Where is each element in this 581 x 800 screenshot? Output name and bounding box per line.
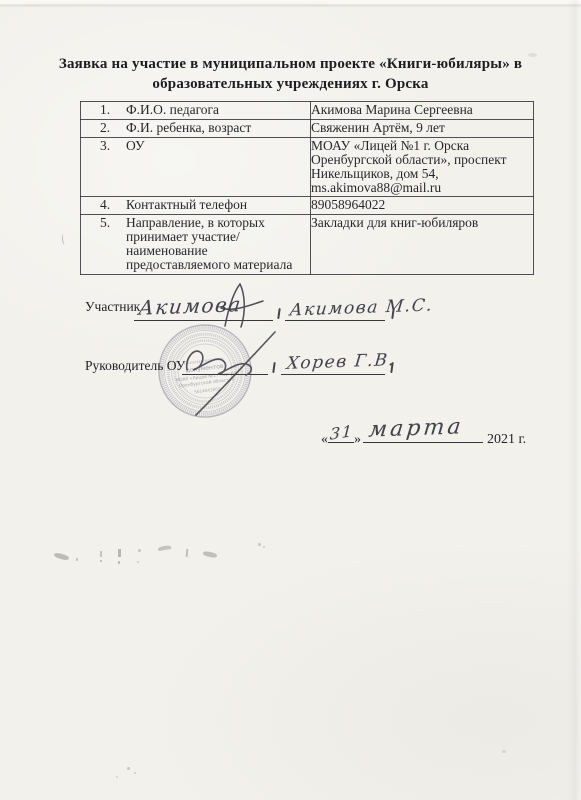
smudge-mark	[76, 558, 78, 561]
date-month-slot: марта	[363, 426, 483, 443]
separator-tick	[277, 308, 280, 319]
smudge-mark	[127, 767, 130, 770]
row-value-cell: 89058964022	[311, 197, 534, 215]
smudge-mark	[100, 560, 102, 562]
head-autograph	[181, 330, 313, 422]
smudge-mark	[158, 545, 171, 551]
row-label-cell: 3.ОУ	[81, 137, 311, 197]
smudge-mark	[263, 546, 265, 548]
application-table: 1.Ф.И.О. педагога Акимова Марина Сергеев…	[80, 101, 534, 275]
row-label-cell: 1.Ф.И.О. педагога	[81, 102, 311, 120]
smudge-mark	[100, 551, 102, 557]
smudge-mark	[203, 551, 218, 559]
date-day-slot: 31	[328, 426, 354, 443]
open-quote: «	[321, 432, 328, 448]
smudge-mark	[528, 53, 537, 57]
row-value-cell: Свяженин Артём, 9 лет	[311, 119, 534, 137]
row-label: Направление, в которых принимает участие…	[126, 216, 306, 272]
date-month-handwritten: марта	[367, 414, 464, 442]
row-number: 2.	[81, 121, 126, 135]
row-number: 5.	[81, 216, 126, 272]
document-title: Заявка на участие в муниципальном проект…	[0, 55, 581, 94]
participant-paraph	[219, 281, 265, 328]
table-row: 2.Ф.И. ребенка, возраст Свяженин Артём, …	[81, 119, 534, 137]
document-title-line2: образовательных учреждениях г. Орска	[0, 75, 581, 95]
smudge-mark	[186, 549, 189, 557]
participant-name-handwritten: Акимова М.С.	[289, 296, 435, 321]
close-quote: »	[354, 432, 361, 448]
table-row: 5.Направление, в которых принимает участ…	[81, 215, 534, 275]
date-line: « 31 » марта 2021 г.	[321, 426, 526, 448]
smudge-mark	[502, 750, 506, 753]
document-title-line1: Заявка на участие в муниципальном проект…	[0, 55, 581, 75]
row-number: 4.	[81, 198, 126, 212]
row-value-cell: МОАУ «Лицей №1 г. Орска Оренбургской обл…	[311, 137, 534, 197]
head-name-handwritten: Хорев Г.В.	[286, 350, 397, 374]
smudge-mark	[134, 772, 136, 774]
smudge-mark	[118, 549, 121, 557]
smudge-mark	[116, 776, 118, 778]
row-label: Ф.И. ребенка, возраст	[126, 121, 306, 135]
table-row: 4.Контактный телефон 89058964022	[81, 197, 534, 215]
smudge-mark	[138, 549, 141, 552]
row-number: 1.	[81, 103, 126, 117]
smudge-mark	[54, 552, 70, 561]
row-label-cell: 5.Направление, в которых принимает участ…	[81, 215, 311, 275]
row-label: Контактный телефон	[126, 198, 306, 212]
smudge-mark	[137, 561, 139, 563]
table-row: 3.ОУ МОАУ «Лицей №1 г. Орска Оренбургско…	[81, 137, 534, 197]
row-number: 3.	[81, 139, 126, 153]
smudge-mark	[61, 234, 66, 245]
row-value-cell: Закладки для книг-юбиляров	[311, 215, 534, 275]
date-day-handwritten: 31	[329, 421, 354, 443]
smudge-mark	[118, 561, 120, 564]
row-value-cell: Акимова Марина Сергеевна	[311, 102, 534, 120]
table-row: 1.Ф.И.О. педагога Акимова Марина Сергеев…	[81, 102, 534, 120]
scanned-application-page: Заявка на участие в муниципальном проект…	[0, 0, 581, 800]
row-label-cell: 2.Ф.И. ребенка, возраст	[81, 119, 311, 137]
row-label-cell: 4.Контактный телефон	[81, 197, 311, 215]
row-label: Ф.И.О. педагога	[126, 103, 306, 117]
head-label: Руководитель ОУ	[85, 358, 185, 374]
participant-label: Участник	[85, 299, 140, 315]
date-year: 2021 г.	[487, 432, 526, 448]
row-label: ОУ	[126, 139, 306, 153]
signature-line	[285, 320, 385, 321]
smudge-mark	[258, 543, 261, 546]
